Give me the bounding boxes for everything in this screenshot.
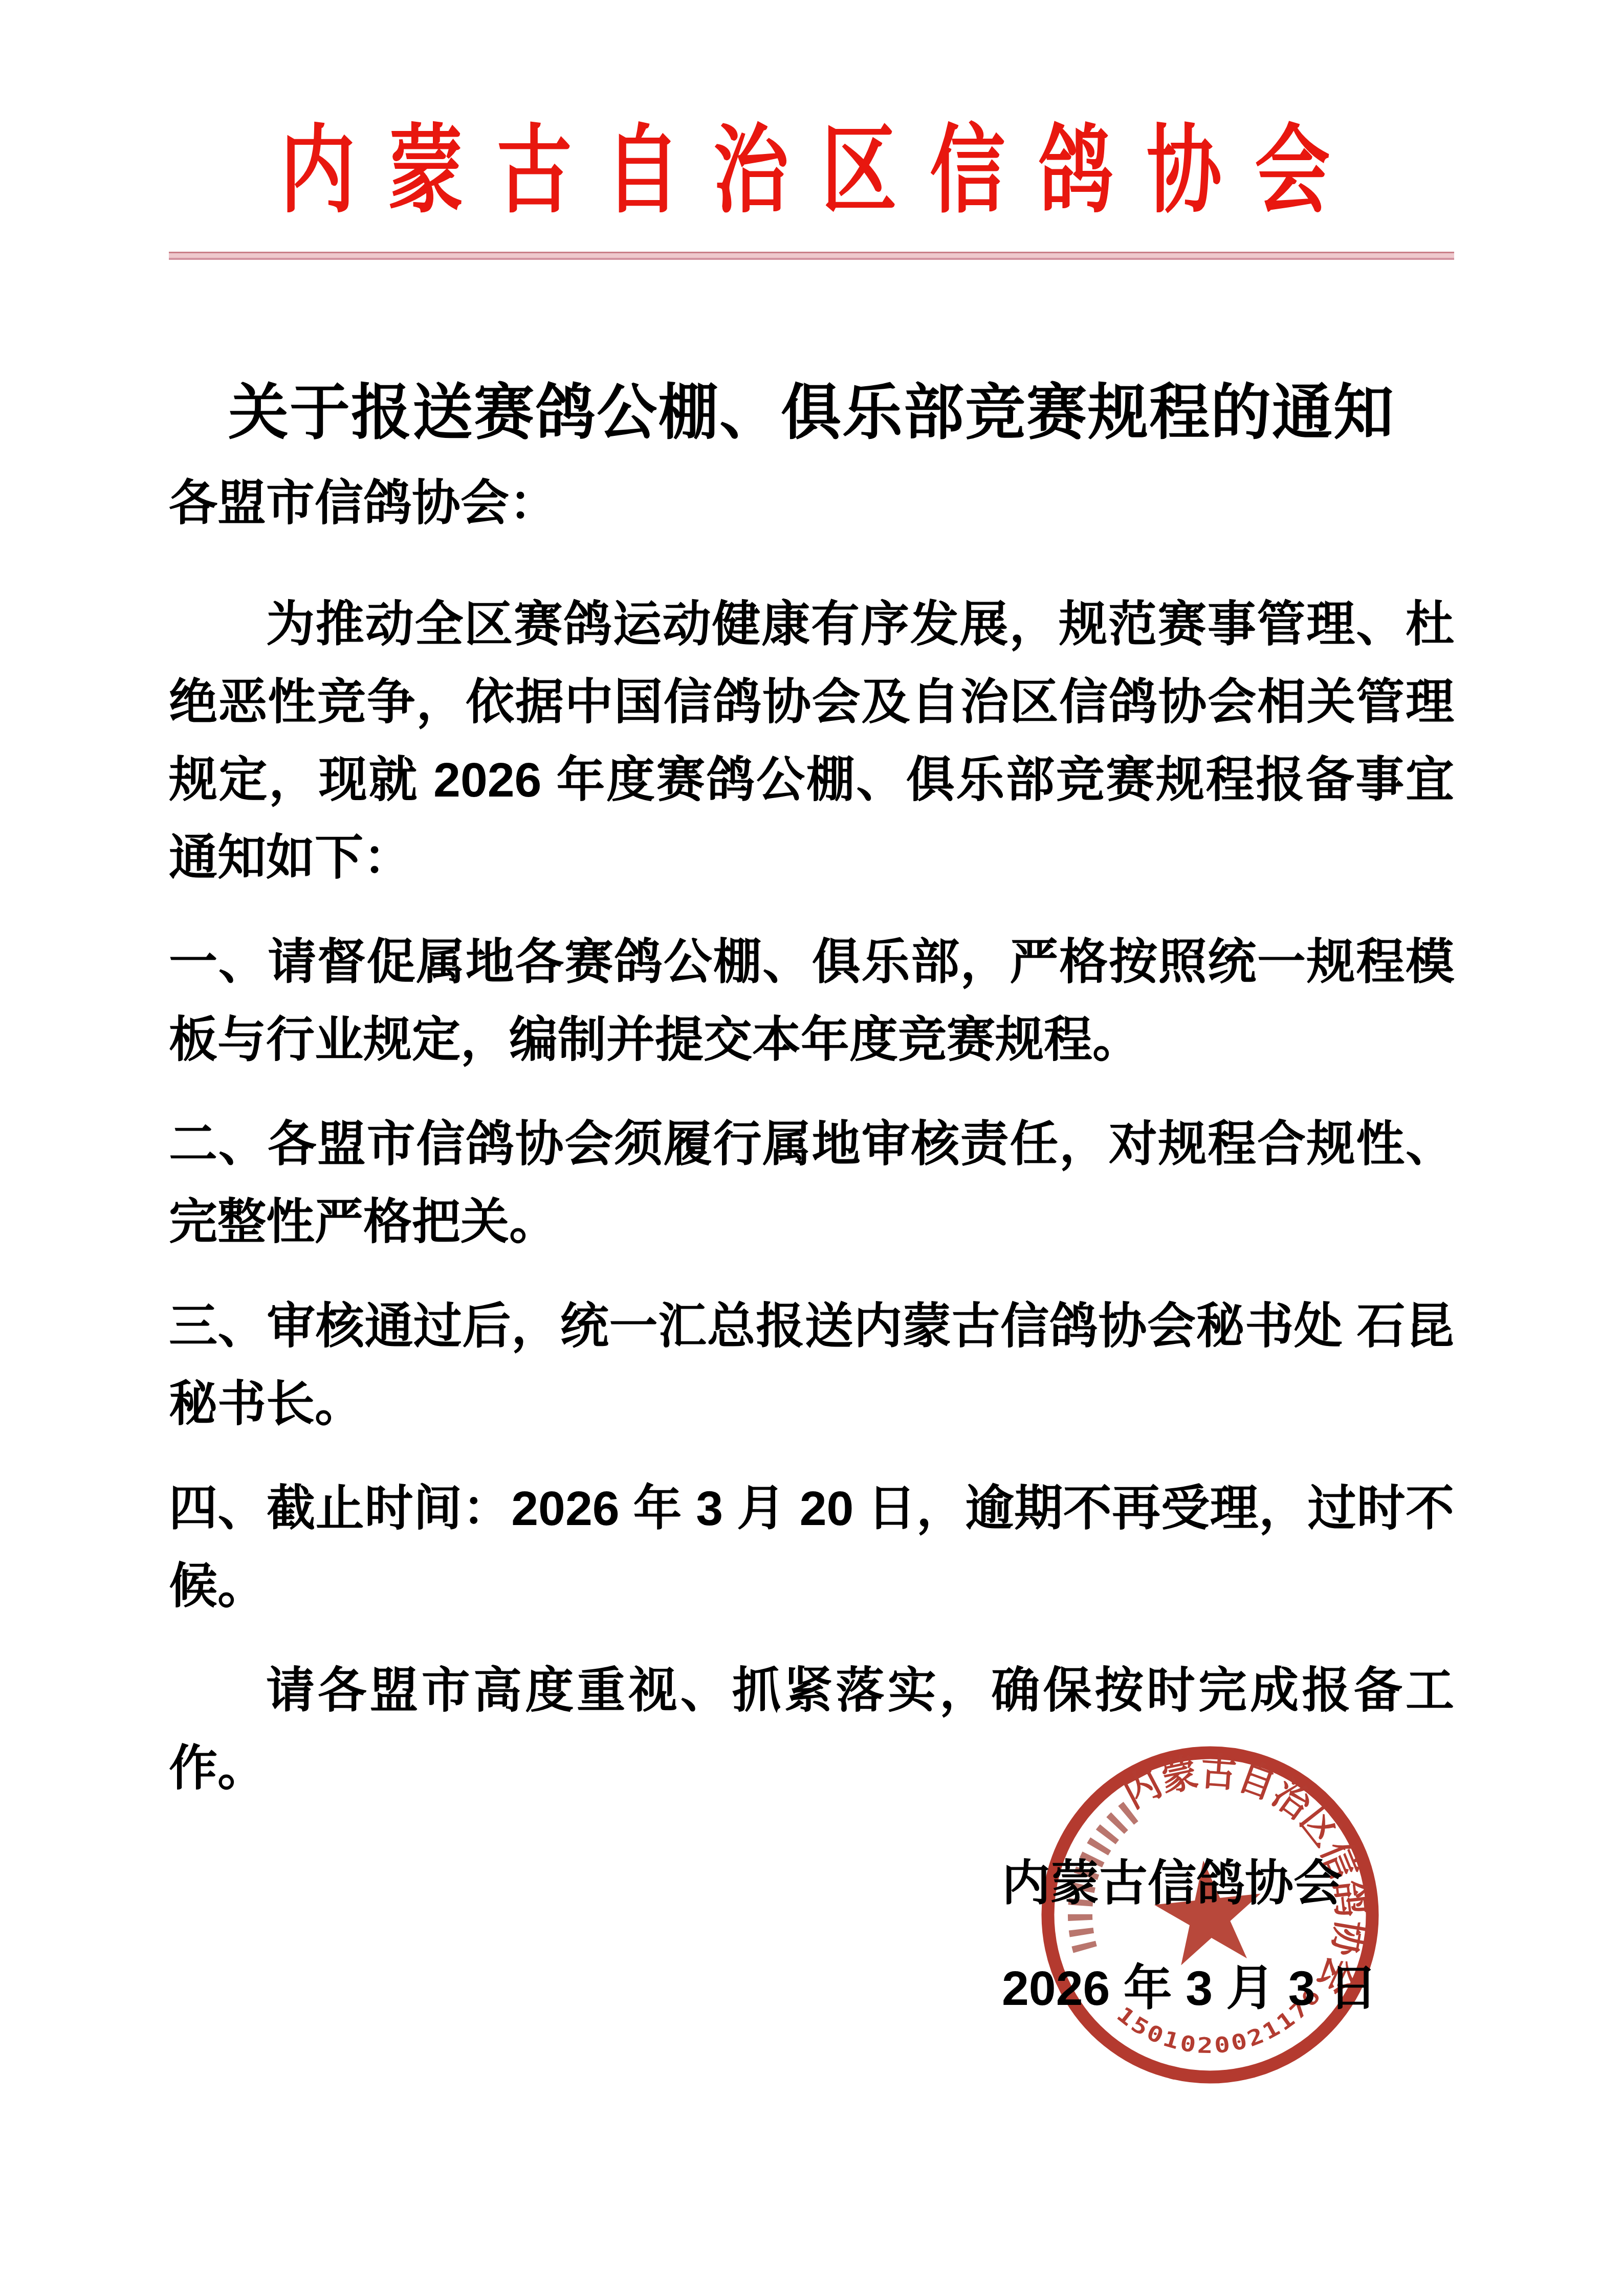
item-2: 二、各盟市信鸽协会须履行属地审核责任，对规程合规性、完整性严格把关。: [169, 1106, 1454, 1261]
signature-org: 内蒙古信鸽协会: [1002, 1860, 1377, 1908]
letterhead-divider: [169, 252, 1454, 260]
item-1-text: 请督促属地各赛鸽公棚、俱乐部，严格按照统一规程模板与行业规定，编制并提交本年度竞…: [169, 935, 1454, 1067]
notice-title: 关于报送赛鸽公棚、俱乐部竞赛规程的通知: [169, 377, 1454, 449]
item-2-label: 二、: [169, 1117, 268, 1172]
document-page: 内蒙古自治区信鸽协会 关于报送赛鸽公棚、俱乐部竞赛规程的通知 各盟市信鸽协会： …: [0, 0, 1623, 2296]
letterhead-org-name: 内蒙古自治区信鸽协会: [182, 111, 1441, 232]
letterhead: 内蒙古自治区信鸽协会: [0, 0, 1623, 260]
item-4-label: 四、: [169, 1482, 267, 1536]
item-1-label: 一、: [169, 935, 268, 989]
intro-paragraph: 为推动全区赛鸽运动健康有序发展，规范赛事管理、杜绝恶性竞争，依据中国信鸽协会及自…: [169, 586, 1454, 897]
item-3: 三、审核通过后，统一汇总报送内蒙古信鸽协会秘书处 石昆秘书长。: [169, 1288, 1454, 1443]
item-4: 四、截止时间：2026 年 3 月 20 日，逾期不再受理，过时不候。: [169, 1470, 1454, 1625]
signature-block: 内蒙古信鸽协会 2026 年 3 月 3 日: [1002, 1860, 1377, 2013]
notice-body: 关于报送赛鸽公棚、俱乐部竞赛规程的通知 各盟市信鸽协会： 为推动全区赛鸽运动健康…: [0, 377, 1623, 1807]
salutation: 各盟市信鸽协会：: [169, 465, 1454, 542]
signature-date: 2026 年 3 月 3 日: [1002, 1964, 1377, 2013]
item-2-text: 各盟市信鸽协会须履行属地审核责任，对规程合规性、完整性严格把关。: [169, 1117, 1454, 1249]
item-4-text: 截止时间：2026 年 3 月 20 日，逾期不再受理，过时不候。: [169, 1482, 1454, 1614]
item-3-label: 三、: [169, 1299, 267, 1354]
item-1: 一、请督促属地各赛鸽公棚、俱乐部，严格按照统一规程模板与行业规定，编制并提交本年…: [169, 923, 1454, 1079]
item-3-text: 审核通过后，统一汇总报送内蒙古信鸽协会秘书处 石昆秘书长。: [169, 1299, 1454, 1431]
